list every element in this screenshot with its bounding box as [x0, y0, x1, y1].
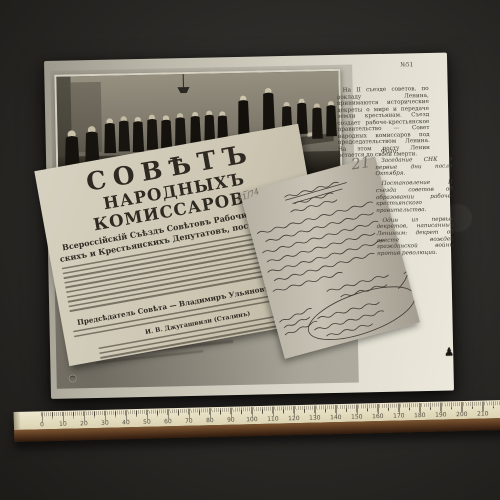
hole-punch [69, 374, 77, 382]
ruler: 0102030405060708090100110120130140150160… [14, 400, 500, 442]
ruler-number: 210 [472, 410, 493, 418]
ruler-number: 140 [325, 413, 346, 421]
ruler-number: 180 [409, 411, 430, 419]
photograph-scene: СОВѢТЪ НАРОДНЫХЪ КОМИССАРОВЪ Всероссійск… [0, 0, 500, 500]
ruler-number: 100 [241, 415, 262, 423]
photo-captions-block: Фото: Заседание СНК в первые дни после О… [375, 146, 454, 261]
ruler-number: 200 [451, 410, 472, 418]
ruler-number: 10 [52, 420, 73, 428]
ruler-number: 160 [367, 412, 388, 420]
ruler-number: 90 [220, 416, 241, 424]
ruler-number: 150 [346, 413, 367, 421]
ruler-number: 50 [136, 418, 157, 426]
ruler-number: 0 [31, 421, 52, 429]
photo-card: СОВѢТЪ НАРОДНЫХЪ КОМИССАРОВЪ Всероссійск… [44, 53, 454, 399]
photo-caption-item: Заседание СНК в первые дни после Октября… [375, 156, 452, 177]
photo-caption-item: Один из первых декретов, написанный Лени… [376, 216, 454, 257]
ruler-number: 190 [430, 411, 451, 419]
ruler-number: 60 [157, 417, 178, 425]
photo-captions-list: Заседание СНК в первые дни после Октября… [375, 156, 454, 257]
ruler-number: 110 [262, 415, 283, 423]
ruler-number: 80 [199, 416, 220, 424]
annotation-arrow [395, 271, 412, 288]
ruler-number: 170 [388, 412, 409, 420]
ruler-number: 70 [178, 417, 199, 425]
photo-caption-item: Постановление II съезда советов об образ… [376, 180, 454, 215]
ruler-number: 130 [304, 414, 325, 422]
watermark-figure-icon: ♟ [444, 346, 454, 357]
photo-number: №51 [400, 61, 413, 68]
ruler-number: 20 [73, 420, 94, 428]
ruler-number: 120 [283, 414, 304, 422]
ruler-number: 40 [115, 419, 136, 427]
ruler-number: 30 [94, 419, 115, 427]
photo-captions-label: Фото: [381, 146, 452, 154]
